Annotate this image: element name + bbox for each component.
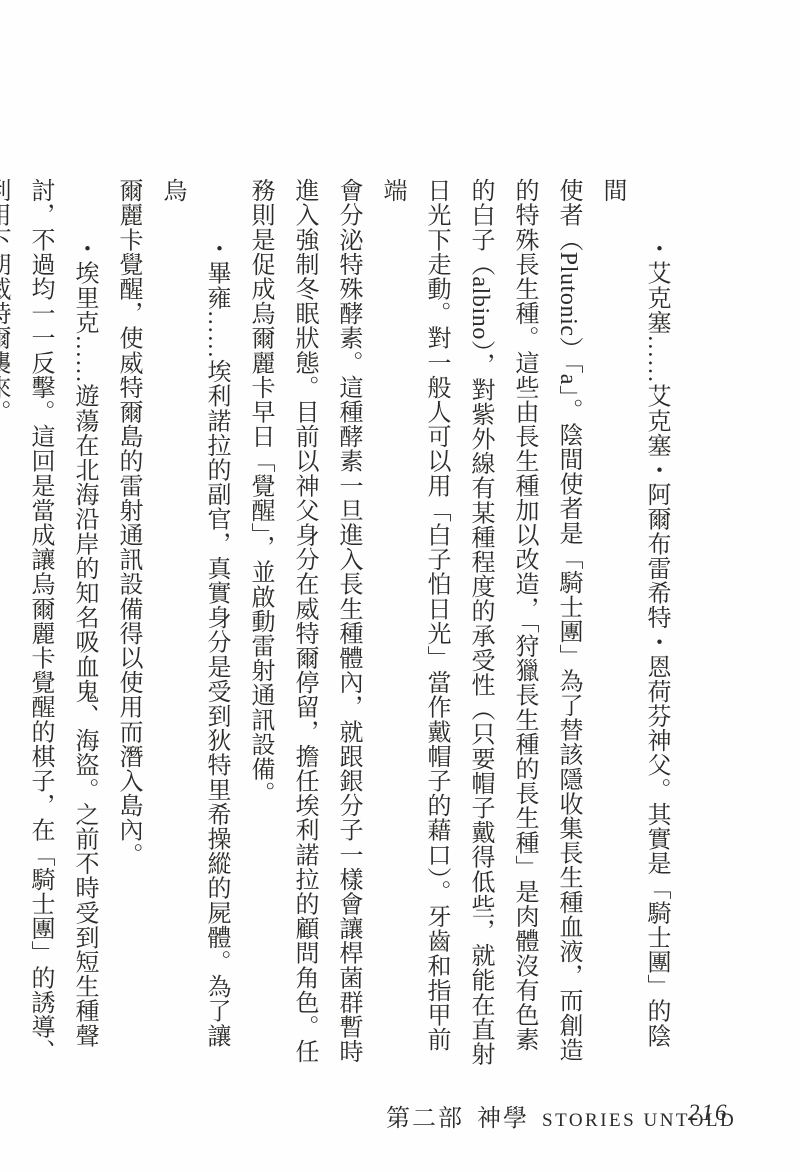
- book-page-scan: ・艾克塞……艾克塞・阿爾布雷希特・恩荷芬神父。其實是「騎士團」的陰間使者（Plu…: [0, 0, 800, 1172]
- footer-part-label: 第二部: [386, 1098, 464, 1133]
- text-column-entry-start: ・艾克塞……艾克塞・阿爾布雷希特・恩荷芬神父。其實是「騎士團」的陰間: [590, 178, 678, 1072]
- text-column: 進入強制冬眠狀態。目前以神父身分在威特爾停留，擔任埃利諾拉的顧問角色。任: [282, 178, 326, 1072]
- text-column: 日光下走動。對一般人可以用「白子怕日光」當作戴帽子的藉口）。牙齒和指甲前端: [370, 178, 458, 1072]
- text-column-entry-start: ・畢雍……埃利諾拉的副官，真實身分是受到狄特里希操縱的屍體。為了讓烏: [150, 178, 238, 1072]
- text-column: 利用下朝威特爾襲來。: [0, 178, 18, 1072]
- text-column: 的特殊長生種。這些由長生種加以改造，「狩獵長生種的長生種」是肉體沒有色素: [502, 178, 546, 1072]
- text-column-entry-start: ・埃里克……遊蕩在北海沿岸的知名吸血鬼、海盜。之前不時受到短生種聲: [62, 178, 106, 1072]
- text-column: 使者（Plutonic）「a」。陰間使者是「騎士團」為了替該隱收集長生種血液，而…: [546, 178, 590, 1072]
- text-block: ・艾克塞……艾克塞・阿爾布雷希特・恩荷芬神父。其實是「騎士團」的陰間使者（Plu…: [104, 178, 678, 1072]
- footer-section-label: 神學: [477, 1098, 529, 1133]
- footer-page-number: 216: [688, 1100, 729, 1126]
- footer: 第二部 神學 STORIES UNTOLD: [386, 1098, 736, 1133]
- text-column: 的白子（albino），對紫外線有某種程度的承受性（只要帽子戴得低些，就能在直射: [458, 178, 502, 1072]
- text-column: 會分泌特殊酵素。這種酵素一旦進入長生種體內，就跟銀分子一樣會讓桿菌群暫時: [326, 178, 370, 1072]
- text-column: 討，不過均一一反擊。這回是當成讓烏爾麗卡覺醒的棋子，在「騎士團」的誘導、: [18, 178, 62, 1072]
- text-column: 務則是促成烏爾麗卡早日「覺醒」，並啟動雷射通訊設備。: [238, 178, 282, 1072]
- text-column: 爾麗卡覺醒，使威特爾島的雷射通訊設備得以使用而潛入島內。: [106, 178, 150, 1072]
